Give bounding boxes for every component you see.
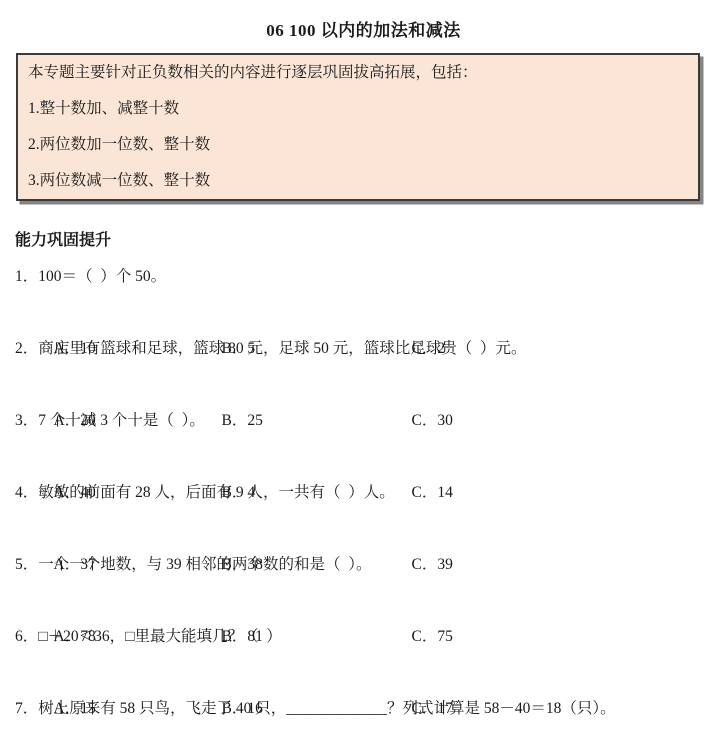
- question-text: 2．商店里有篮球和足球，篮球 80 元，足球 50 元，篮球比足球贵（ ）元。: [15, 331, 720, 367]
- option-c: C．39: [412, 547, 453, 583]
- options-row: A．15B．16C．17: [15, 655, 720, 691]
- worksheet-body: 能力巩固提升 1．100＝（ ）个 50。 A．10B．5C．2 2．商店里有篮…: [15, 223, 720, 727]
- question-text: 5．一个一个地数，与 39 相邻的两个数的和是（ ）。: [15, 547, 720, 583]
- question-text: 7．树上原来有 58 只鸟，飞走了 40 只，_____________？列式计…: [15, 691, 720, 727]
- intro-line: 3.两位数减一位数、整十数: [28, 163, 698, 199]
- option-c: C．30: [412, 403, 453, 439]
- option-c: C．75: [412, 619, 453, 655]
- intro-box: 本专题主要针对正负数相关的内容进行逐层巩固拔高拓展，包括： 1.整十数加、减整十…: [16, 53, 700, 201]
- options-row: A．78B．81C．75: [15, 583, 720, 619]
- options-row: A．10B．5C．2: [15, 295, 720, 331]
- page-title: 06 100 以内的加法和减法: [0, 16, 727, 41]
- section-heading: 能力巩固提升: [15, 223, 720, 259]
- intro-line: 1.整十数加、减整十数: [28, 91, 698, 127]
- intro-line: 本专题主要针对正负数相关的内容进行逐层巩固拔高拓展，包括：: [28, 55, 698, 91]
- options-row: A．20B．25C．30: [15, 367, 720, 403]
- question-text: 1．100＝（ ）个 50。: [15, 259, 720, 295]
- option-c: C．14: [412, 475, 453, 511]
- options-row: A．37B．38C．39: [15, 511, 720, 547]
- options-row: A．40B．4C．14: [15, 439, 720, 475]
- option-b: B．25: [222, 403, 412, 439]
- intro-line: 2.两位数加一位数、整十数: [28, 127, 698, 163]
- question-text: 4．敏敏的前面有 28 人，后面有 9 人，一共有（ ）人。: [15, 475, 720, 511]
